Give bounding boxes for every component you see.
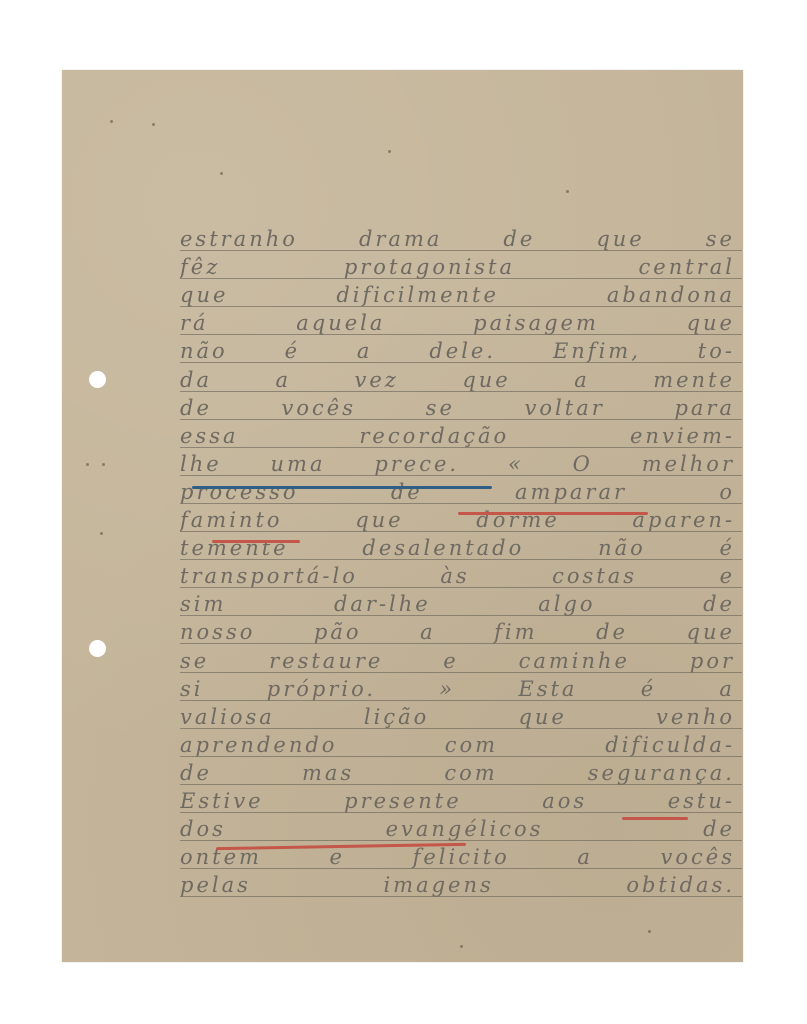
handwritten-line: nãoéadele.Enfim,to- [180,337,735,363]
handwritten-word: que [518,705,566,729]
handwritten-word: que [687,311,735,335]
handwritten-word: é [641,677,656,701]
handwritten-word: de [391,480,423,504]
handwritten-word: às [440,564,469,588]
handwritten-word: evangélicos [386,817,544,841]
handwritten-word: abandona [607,283,735,307]
handwritten-line: transportá-loàscostase [180,562,735,588]
handwritten-word: dele. [429,339,496,363]
handwritten-word: vez [354,368,398,392]
handwritten-word: central [639,255,735,279]
handwritten-word: por [690,649,735,673]
handwritten-word: paisagem [473,311,599,335]
handwritten-word: lição [364,705,429,729]
handwritten-line: devocêssevoltarpara [180,394,735,420]
handwritten-word: de [180,396,212,420]
handwritten-word: enviem- [630,424,735,448]
handwritten-line: quedificilmenteabandona [180,281,735,307]
red-underline [458,512,648,515]
handwritten-line: essarecordaçãoenviem- [180,422,735,448]
handwritten-word: que [687,620,735,644]
handwritten-word: algo [538,592,595,616]
handwritten-word: para [674,396,735,420]
punch-hole-bottom [89,640,106,657]
handwritten-word: não [180,339,228,363]
handwritten-word: si [180,677,204,701]
handwritten-word: aprendendo [180,733,337,757]
handwritten-word: presente [344,789,462,813]
handwritten-word: costas [552,564,637,588]
handwritten-word: rá [180,311,209,335]
handwritten-word: aparen- [632,508,735,532]
handwritten-word: uma [271,452,326,476]
handwritten-word: aquela [296,311,385,335]
handwritten-word: fêz [180,255,220,279]
handwritten-line: valiosaliçãoquevenho [180,703,735,729]
paper-speck [100,532,103,535]
paper-speck [566,190,569,193]
red-underline [212,540,300,543]
handwritten-word: « [508,452,524,476]
handwritten-word: estranho [180,227,298,251]
handwritten-word: a [719,677,735,701]
handwritten-word: dificulda- [605,733,735,757]
handwritten-word: transportá-lo [180,564,358,588]
handwritten-word: essa [180,424,239,448]
handwritten-word: desalentado [362,536,524,560]
handwritten-line: nossopãoafimdeque [180,618,735,644]
handwritten-word: caminhe [519,649,630,673]
handwritten-word: protagonista [344,255,515,279]
handwritten-word: que [355,508,403,532]
handwritten-word: não [598,536,646,560]
handwritten-word: mas [302,761,354,785]
handwritten-word: é [720,536,735,560]
handwritten-word: lhe [180,452,222,476]
handwritten-line: aprendendocomdificulda- [180,731,735,757]
handwritten-word: de [703,817,735,841]
paper-speck [648,930,651,933]
handwritten-line: serestaureecaminhepor [180,647,735,673]
handwritten-word: drama [359,227,442,251]
handwritten-word: venho [656,705,735,729]
handwritten-word: e [443,649,458,673]
handwritten-line: simdar-lhealgode [180,590,735,616]
handwritten-line: processodeampararo [180,478,735,504]
handwritten-line: lheumaprece.«Omelhor [180,450,735,476]
handwritten-word: » [439,677,455,701]
paper-speck [110,120,113,123]
handwritten-word: obtidas. [626,873,735,897]
paper-speck [102,463,105,466]
punch-hole-top [89,371,106,388]
handwritten-word: a [420,620,436,644]
handwritten-word: Enfim, [553,339,641,363]
handwritten-word: felicito [413,845,510,869]
handwritten-word: com [444,761,497,785]
handwritten-word: Esta [518,677,577,701]
red-underline [622,817,688,820]
handwritten-line: daavezqueamente [180,366,735,392]
handwritten-word: sim [180,592,226,616]
handwritten-word: de [596,620,628,644]
handwritten-word: de [503,227,535,251]
handwritten-word: com [445,733,498,757]
paper-speck [152,123,155,126]
handwritten-word: dificilmente [336,283,499,307]
handwritten-word: que [180,283,228,307]
handwritten-word: aos [542,789,587,813]
handwritten-word: da [180,368,212,392]
handwritten-word: é [285,339,300,363]
handwritten-word: restaure [269,649,383,673]
paper-speck [388,150,391,153]
paper-speck [220,172,223,175]
handwritten-word: de [180,761,212,785]
handwritten-word: nosso [180,620,255,644]
handwritten-word: faminto [180,508,283,532]
handwritten-word: amparar [515,480,627,504]
handwritten-line: tementedesalentadonãoé [180,534,735,560]
handwritten-line: ráaquelapaisagemque [180,309,735,335]
handwritten-word: recordação [359,424,509,448]
handwritten-word: estu- [668,789,735,813]
handwritten-word: se [706,227,735,251]
handwritten-word: a [357,339,373,363]
handwritten-word: dar-lhe [334,592,431,616]
handwritten-word: a [574,368,590,392]
handwritten-word: que [596,227,644,251]
handwritten-word: processo [180,480,299,504]
handwritten-word: dos [180,817,226,841]
handwritten-word: pão [314,620,362,644]
handwritten-word: valiosa [180,705,275,729]
handwritten-line: estranhodramadequese [180,225,735,251]
handwritten-word: o [719,480,735,504]
handwritten-line: demascomsegurança. [180,759,735,785]
handwritten-line: famintoquedormeaparen- [180,506,735,532]
handwritten-line: fêzprotagonistacentral [180,253,735,279]
handwritten-word: O [573,452,593,476]
handwritten-word: vocês [661,845,735,869]
handwritten-word: mente [653,368,735,392]
blue-underline [192,486,492,489]
handwritten-word: melhor [642,452,735,476]
handwritten-word: Estive [180,789,264,813]
handwritten-word: próprio. [267,677,376,701]
handwritten-word: a [577,845,593,869]
paper-speck [86,463,89,466]
handwritten-word: prece. [374,452,459,476]
handwritten-word: que [462,368,510,392]
handwritten-word: voltar [525,396,605,420]
paper-speck [460,945,463,948]
handwritten-word: segurança. [588,761,735,785]
handwritten-word: se [180,649,209,673]
handwritten-word: e [330,845,345,869]
handwritten-line: pelasimagensobtidas. [180,871,735,897]
handwritten-word: a [275,368,291,392]
handwritten-word: vocês [282,396,356,420]
handwritten-line: Estivepresenteaosestu- [180,787,735,813]
handwritten-word: se [426,396,455,420]
handwritten-word: imagens [383,873,493,897]
handwritten-word: fim [494,620,537,644]
handwritten-word: to- [698,339,735,363]
handwritten-word: pelas [180,873,251,897]
handwritten-line: sipróprio.»Estaéa [180,675,735,701]
handwritten-word: de [703,592,735,616]
handwritten-word: e [720,564,735,588]
